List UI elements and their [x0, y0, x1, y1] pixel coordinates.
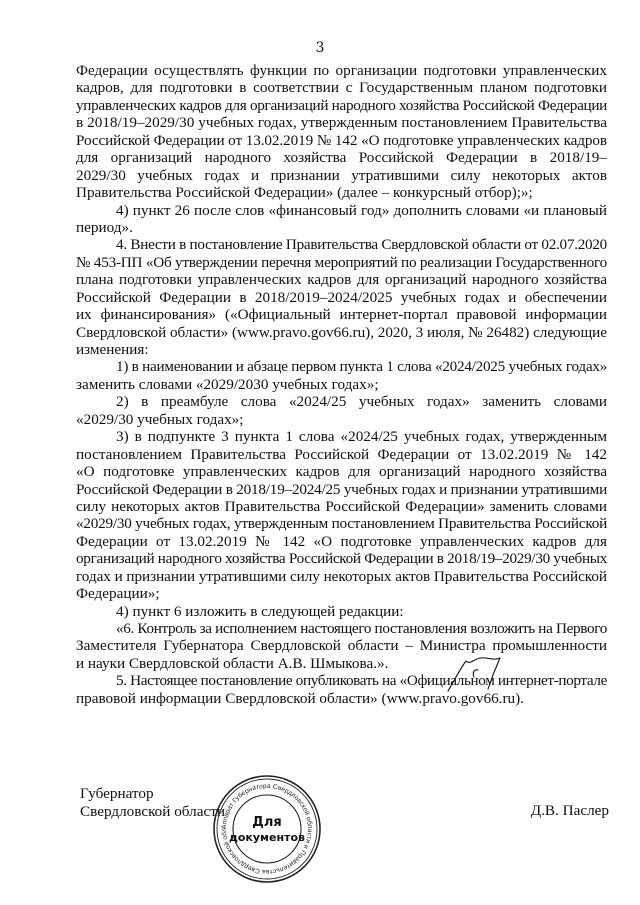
document-line: правовой информации Свердловской области… — [76, 690, 607, 707]
document-line: годах и признании утратившими силу некот… — [76, 568, 607, 585]
document-line: Российской Федерации в 2018/19–2024/25 у… — [76, 481, 607, 498]
signatory-title-line1: Губернатор — [80, 785, 225, 803]
document-line: Свердловской области» (www.pravo.gov66.r… — [76, 324, 607, 341]
document-line: «О подготовке управленческих кадров для … — [76, 463, 607, 480]
official-stamp: Аппарат Губернатора Свердловской области… — [211, 773, 323, 885]
document-line: Правительства Российской Федерации» (дал… — [76, 184, 607, 201]
document-line: 5. Настоящее постановление опубликовать … — [76, 672, 607, 689]
document-line: Заместителя Губернатора Свердловской обл… — [76, 637, 607, 654]
document-line: 4. Внести в постановление Правительства … — [76, 236, 607, 253]
document-line: период». — [76, 219, 607, 236]
document-line: их финансирования» («Официальный интерне… — [76, 306, 607, 323]
document-line: 3) в подпункте 3 пункта 1 слова «2024/25… — [76, 428, 607, 445]
document-line: Федерации осуществлять функции по органи… — [76, 62, 607, 79]
stamp-seal-icon: Аппарат Губернатора Свердловской области… — [211, 773, 323, 885]
document-line: 1) в наименовании и абзаце первом пункта… — [76, 358, 607, 375]
document-line: 4) пункт 26 после слов «финансовый год» … — [76, 202, 607, 219]
handwritten-signature-icon — [444, 655, 514, 695]
document-line: «2029/30 учебных годах, утвержденным пос… — [76, 515, 607, 532]
document-line: силу некоторых актов Правительства Росси… — [76, 498, 607, 515]
document-line: 2) в преамбуле слова «2024/25 учебных го… — [76, 393, 607, 410]
signatory-title: Губернатор Свердловской области — [80, 785, 225, 820]
signatory-name: Д.В. Паслер — [531, 802, 609, 820]
document-line: плана подготовки управленческих кадров д… — [76, 271, 607, 288]
document-line: «2029/30 учебных годах»; — [76, 411, 607, 428]
document-line: для организаций народного хозяйства Росс… — [76, 149, 607, 166]
document-line: и науки Свердловской области А.В. Шмыков… — [76, 655, 607, 672]
document-line: 4) пункт 6 изложить в следующей редакции… — [76, 603, 607, 620]
document-line: кадров, для подготовки в соответствии с … — [76, 79, 607, 96]
document-line: в 2018/19–2029/30 учебных годах, утвержд… — [76, 114, 607, 131]
document-body: Федерации осуществлять функции по органи… — [76, 62, 607, 707]
document-line: постановлением Правительства Российской … — [76, 446, 607, 463]
signatory-title-line2: Свердловской области — [80, 803, 225, 821]
document-line: заменить словами «2029/2030 учебных года… — [76, 376, 607, 393]
stamp-center-line2: документов — [229, 831, 305, 844]
document-line: Российской Федерации от 13.02.2019 № 142… — [76, 132, 607, 149]
document-line: изменения: — [76, 341, 607, 358]
document-line: управленческих кадров для организаций на… — [76, 97, 607, 114]
document-line: организаций народного хозяйства Российск… — [76, 550, 607, 567]
document-line: «6. Контроль за исполнением настоящего п… — [76, 620, 607, 637]
page-number: 3 — [0, 40, 640, 56]
document-line: № 453-ПП «Об утверждении перечня меропри… — [76, 254, 607, 271]
document-line: Федерации»; — [76, 585, 607, 602]
document-line: Федерации от 13.02.2019 № 142 «О подгото… — [76, 533, 607, 550]
stamp-center-line1: Для — [252, 815, 281, 830]
document-line: Российской Федерации в 2018/2019–2024/20… — [76, 289, 607, 306]
document-line: 2029/30 учебных годах и признании утрати… — [76, 167, 607, 184]
